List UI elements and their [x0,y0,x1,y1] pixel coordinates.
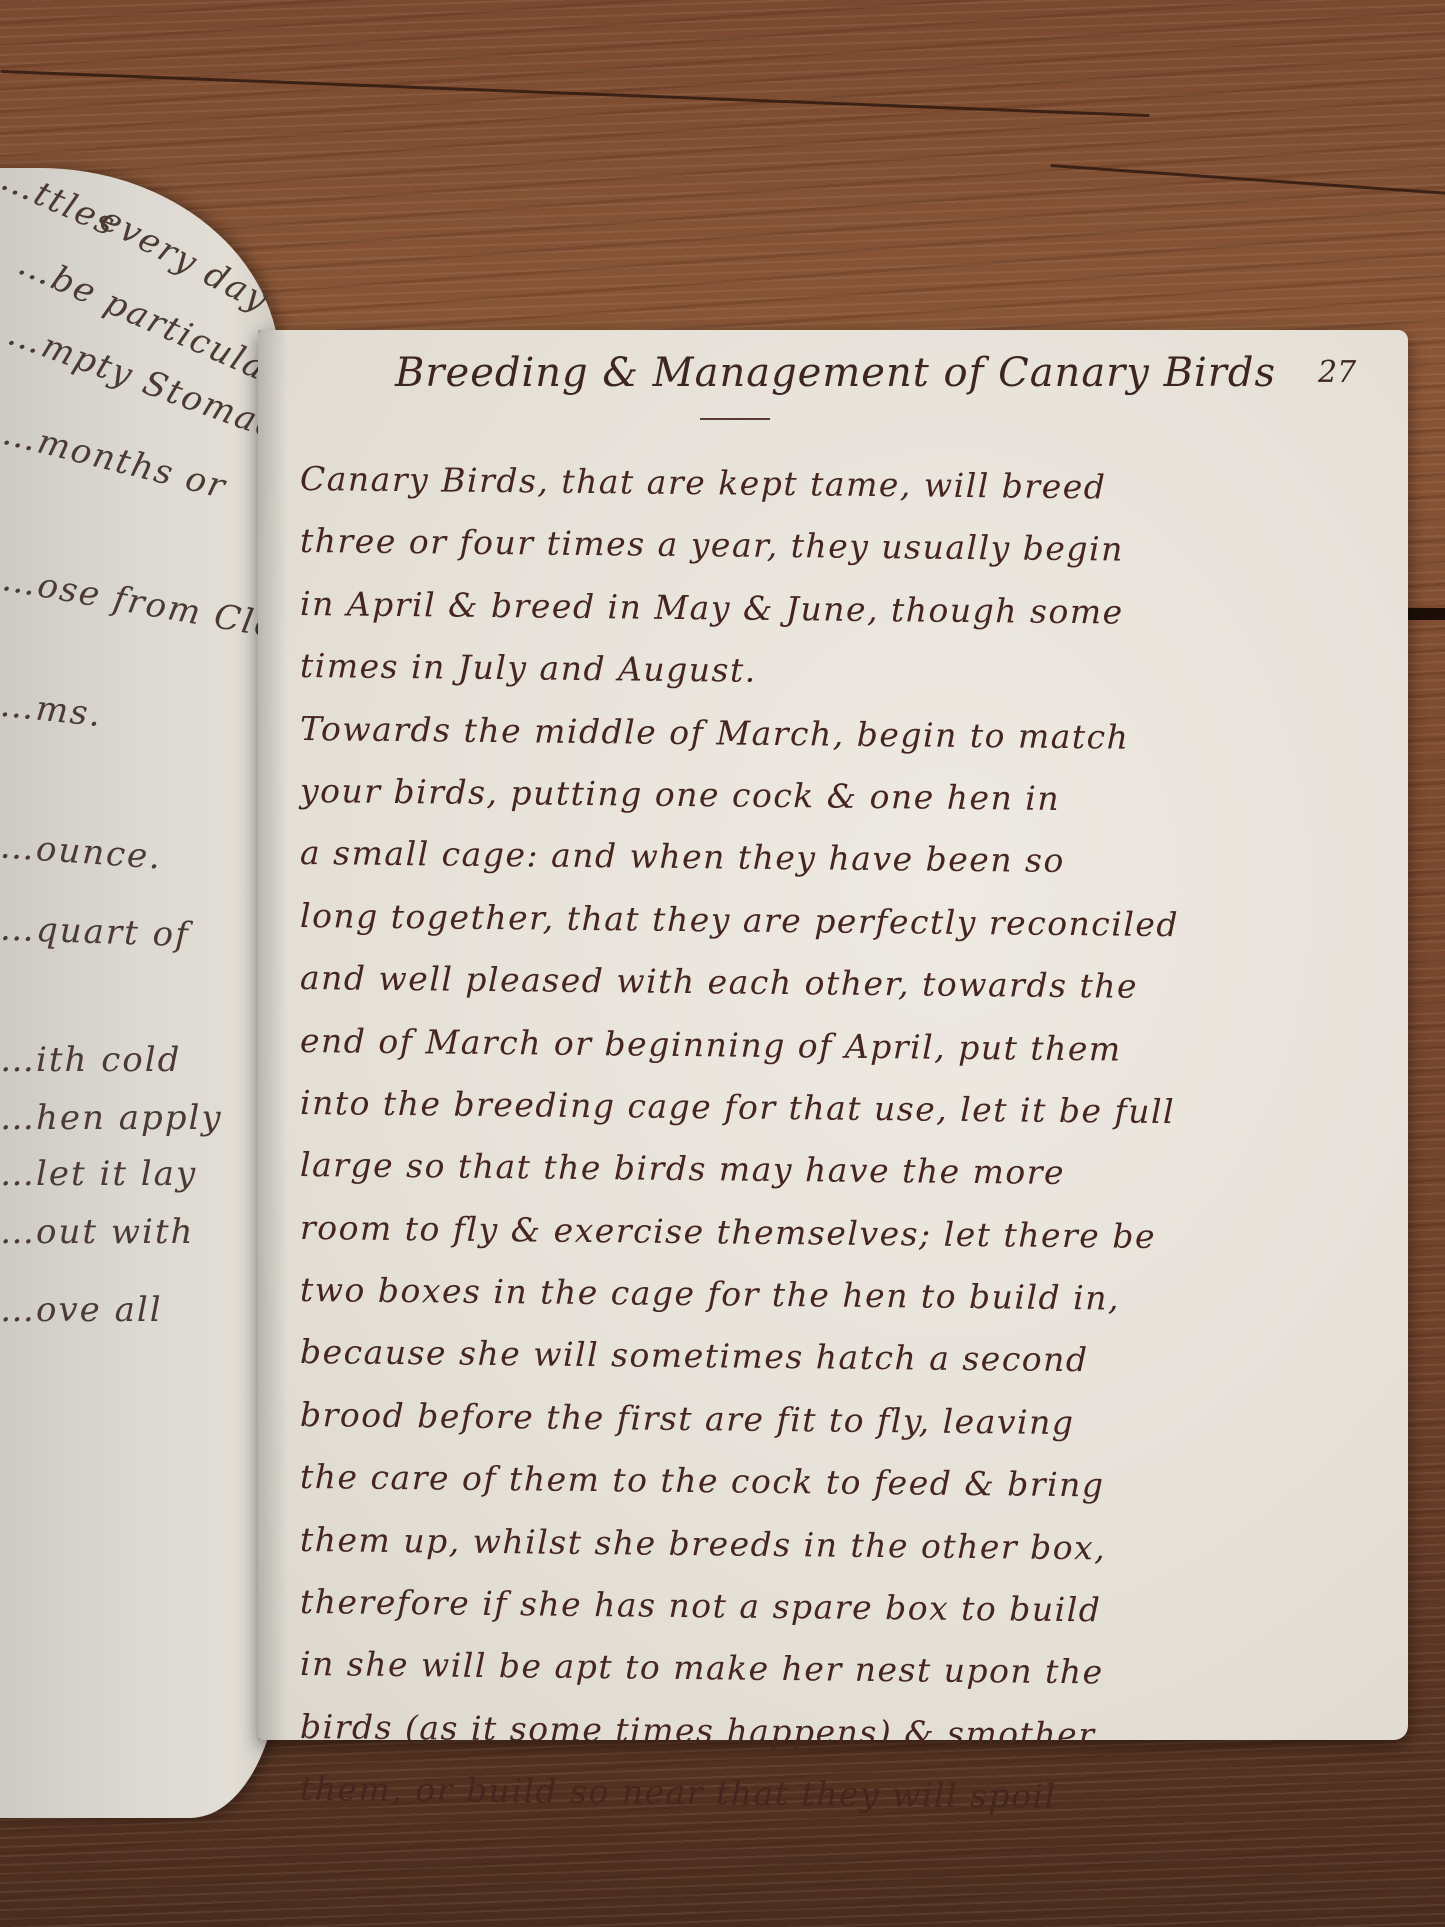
manuscript-line: in she will be apt to make her nest upon… [300,1633,1361,1706]
manuscript-line: because she will sometimes hatch a secon… [300,1321,1361,1394]
manuscript-line: times in July and August. [300,635,1361,708]
page-number: 27 [1318,355,1356,390]
manuscript-line: your birds, putting one cock & one hen i… [300,760,1361,833]
manuscript-line: birds (as it some times happens) & smoth… [300,1696,1361,1769]
table-crack [0,70,1149,117]
manuscript-line: three or four times a year, they usually… [300,510,1361,583]
manuscript-line: them up, whilst she breeds in the other … [300,1509,1361,1582]
manuscript-line: brood before the first are fit to fly, l… [300,1384,1361,1457]
left-page-fragment: …ove all [0,1290,163,1330]
manuscript-line: Canary Birds, that are kept tame, will b… [300,448,1361,521]
left-page-fragment: …out with [0,1212,194,1252]
manuscript-line: therefore if she has not a spare box to … [300,1571,1361,1644]
manuscript-line: in April & breed in May & June, though s… [300,573,1361,646]
left-page-fragment: …ith cold [0,1040,181,1080]
manuscript-line: the care of them to the cock to feed & b… [300,1446,1361,1519]
left-page-fragment: …hen apply [0,1098,223,1138]
left-page-fragment: …let it lay [0,1154,197,1194]
title-underline [700,418,770,420]
manuscript-line: long together, that they are perfectly r… [300,885,1361,958]
table-crack [1050,164,1445,195]
left-page-fragment: …quart of [0,909,190,956]
manuscript-line: end of March or beginning of April, put … [300,1010,1361,1083]
page-title: Breeding & Management of Canary Birds [395,350,1315,396]
manuscript-line: into the breeding cage for that use, let… [300,1072,1361,1145]
manuscript-line: a small cage: and when they have been so [300,822,1361,895]
manuscript-body: Canary Birds, that are kept tame, will b… [300,448,1360,1821]
manuscript-line: room to fly & exercise themselves; let t… [300,1197,1361,1270]
manuscript-line: them, or build so near that they will sp… [300,1758,1361,1831]
gutter-shadow [258,330,288,1740]
manuscript-line: and well pleased with each other, toward… [300,947,1361,1020]
manuscript-line: Towards the middle of March, begin to ma… [300,698,1361,771]
manuscript-line: two boxes in the cage for the hen to bui… [300,1259,1361,1332]
manuscript-line: large so that the birds may have the mor… [300,1134,1361,1207]
